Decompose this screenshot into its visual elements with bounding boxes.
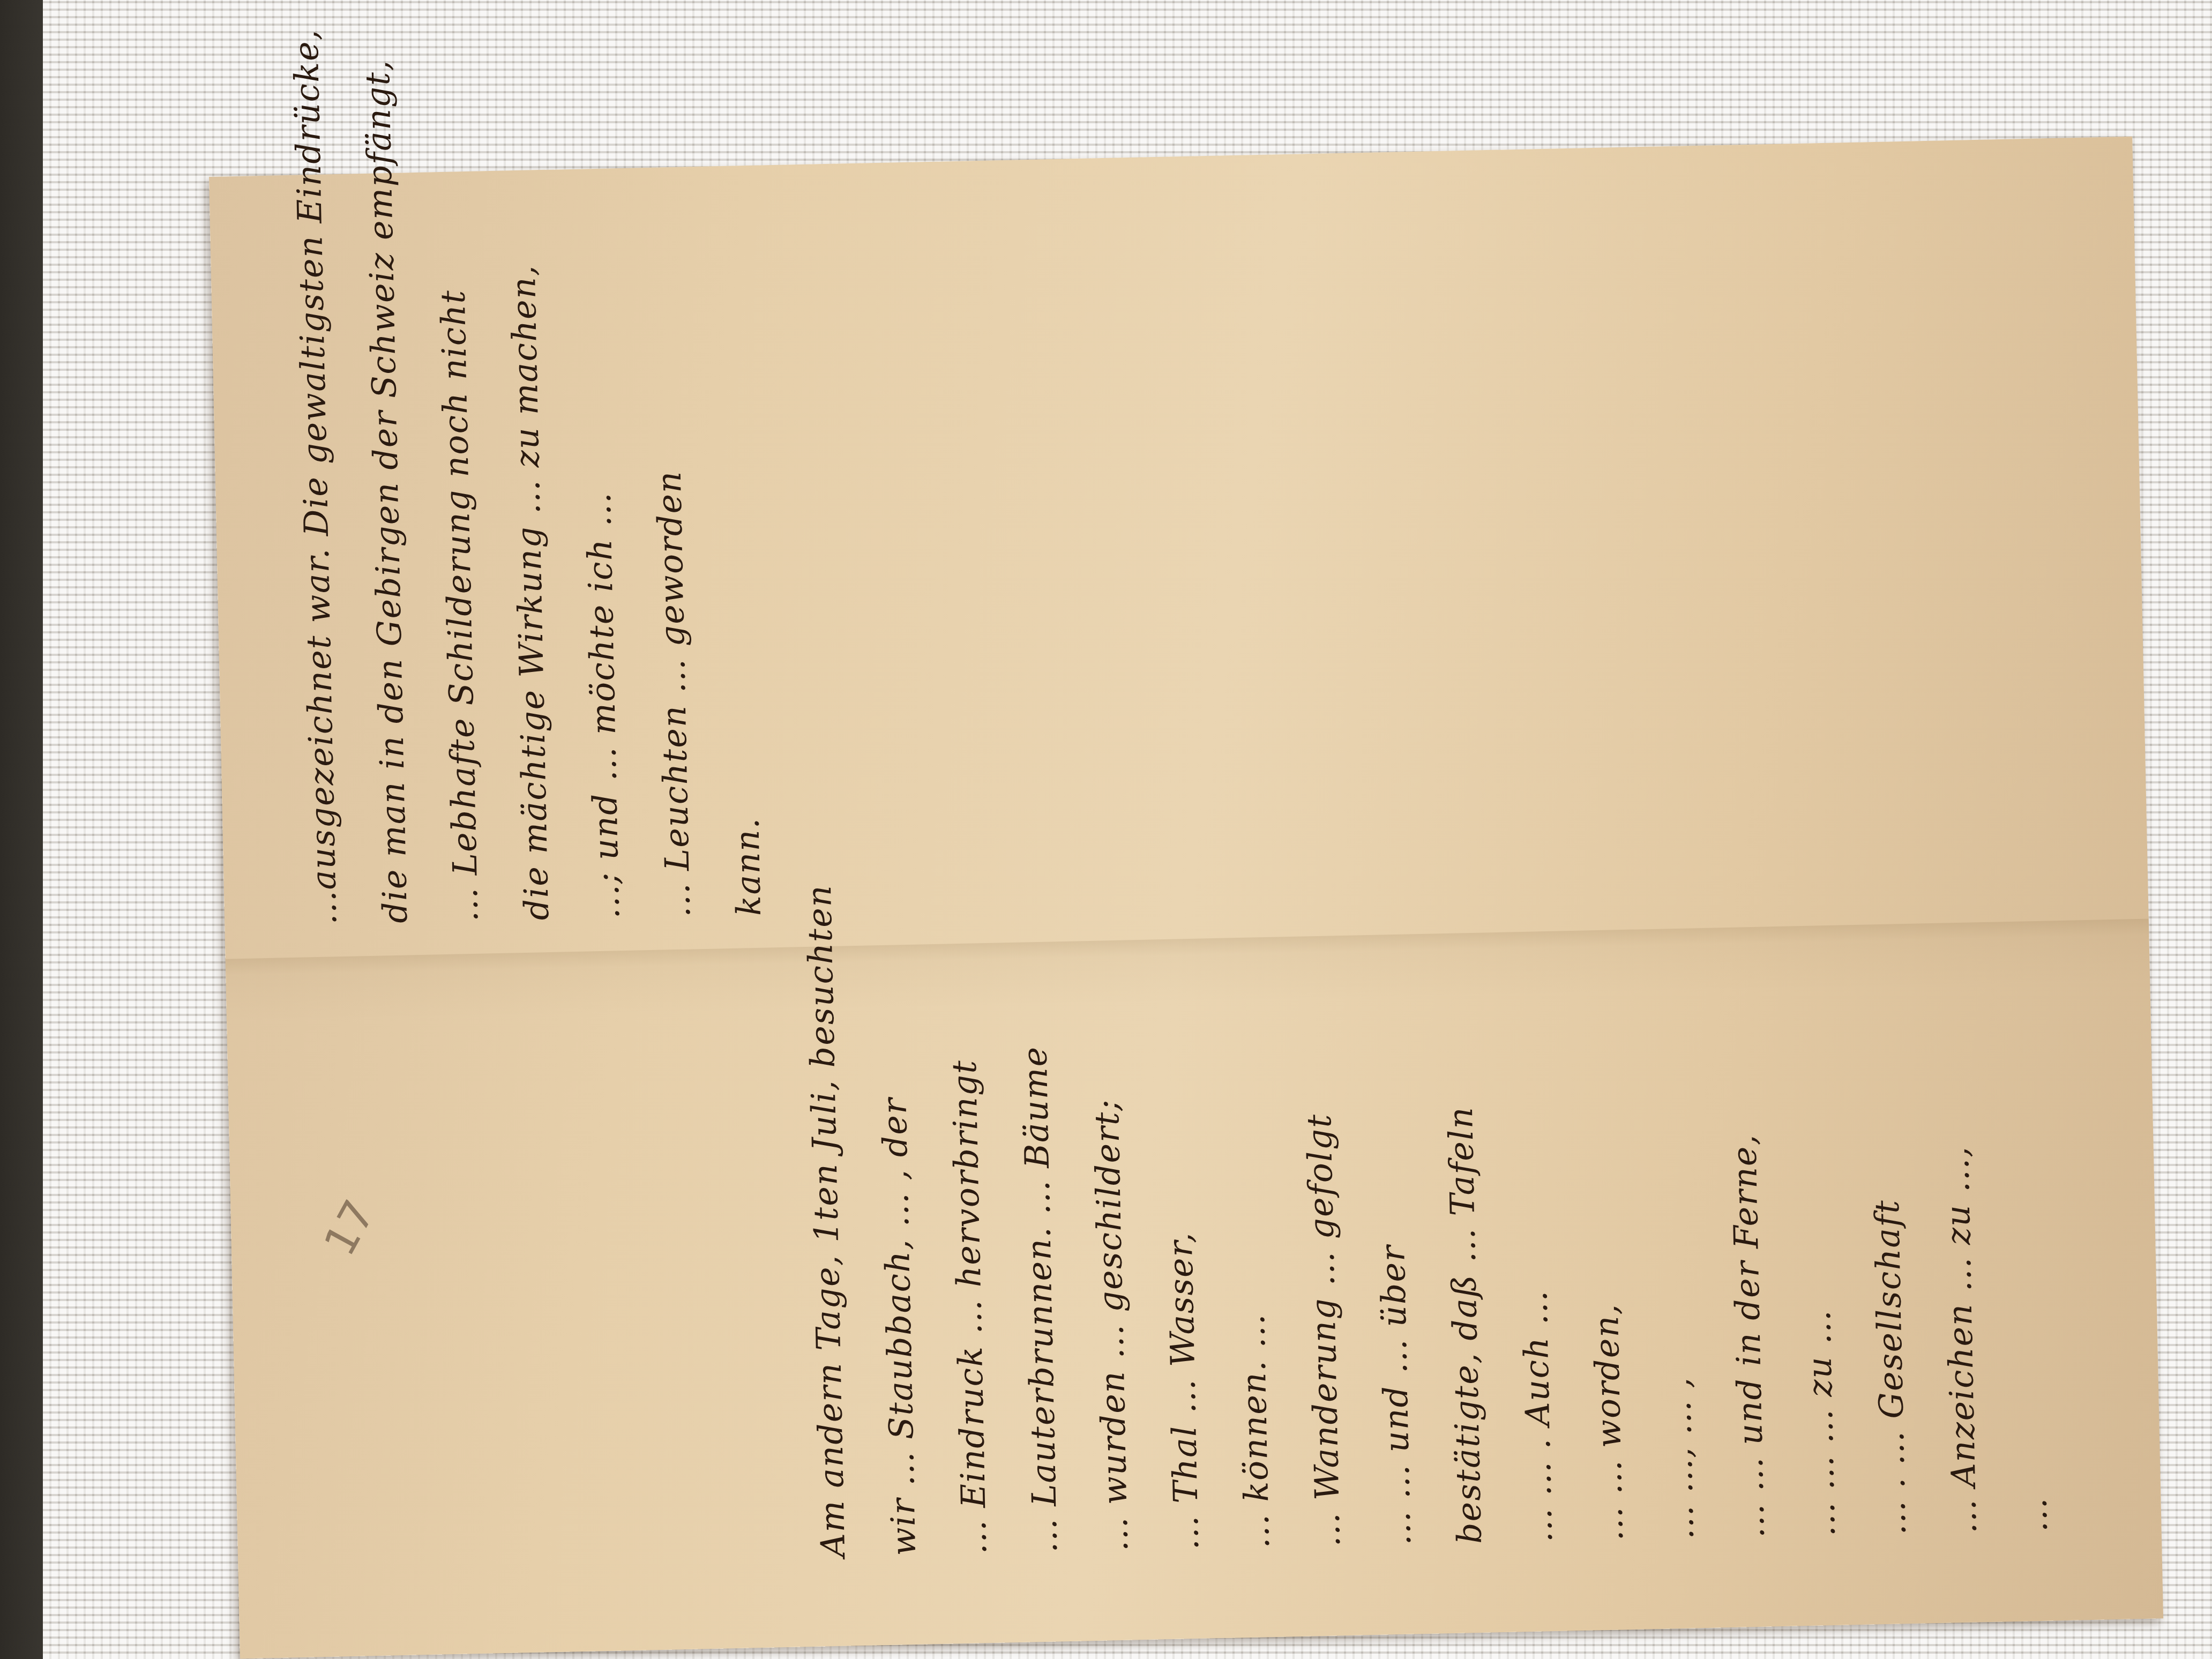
handwritten-line: ... ... . Auch ... [1515, 1290, 1560, 1543]
handwritten-line: ... . ... Gesellschaft [1867, 1199, 1914, 1535]
handwritten-line: ... Thal ... Wasser, [1161, 1231, 1206, 1550]
handwritten-line: die mächtige Wirkung ... zu machen, [504, 264, 557, 921]
handwritten-line: ...; und ... möchte ich ... [579, 491, 627, 920]
handwritten-line: ... ..., ... , [1659, 1376, 1701, 1540]
handwritten-line: ... können. ... [1233, 1313, 1277, 1549]
handwritten-line: ... [2015, 1497, 2054, 1533]
handwritten-text: ...ausgezeichnet war. Die gewaltigsten E… [290, 209, 1752, 936]
handwritten-line: ... ... ... zu ... [1799, 1309, 1843, 1537]
handwritten-line: ... Lebhafte Schilderung noch nicht [434, 289, 486, 922]
handwritten-line: die man in den Gebirgen der Schweiz empf… [357, 59, 415, 924]
handwritten-line: ... ... worden, [1587, 1303, 1631, 1541]
handwritten-line: ... Leuchten ... geworden [649, 470, 698, 917]
handwritten-line: kann. [727, 817, 768, 916]
handwritten-line: ... Anzeichen ... zu ..., [1937, 1146, 1984, 1534]
letter-page: 17 ...ausgezeichnet war. Die gewaltigste… [209, 137, 2163, 1659]
handwritten-line: ... ... und ... über [1373, 1244, 1418, 1546]
